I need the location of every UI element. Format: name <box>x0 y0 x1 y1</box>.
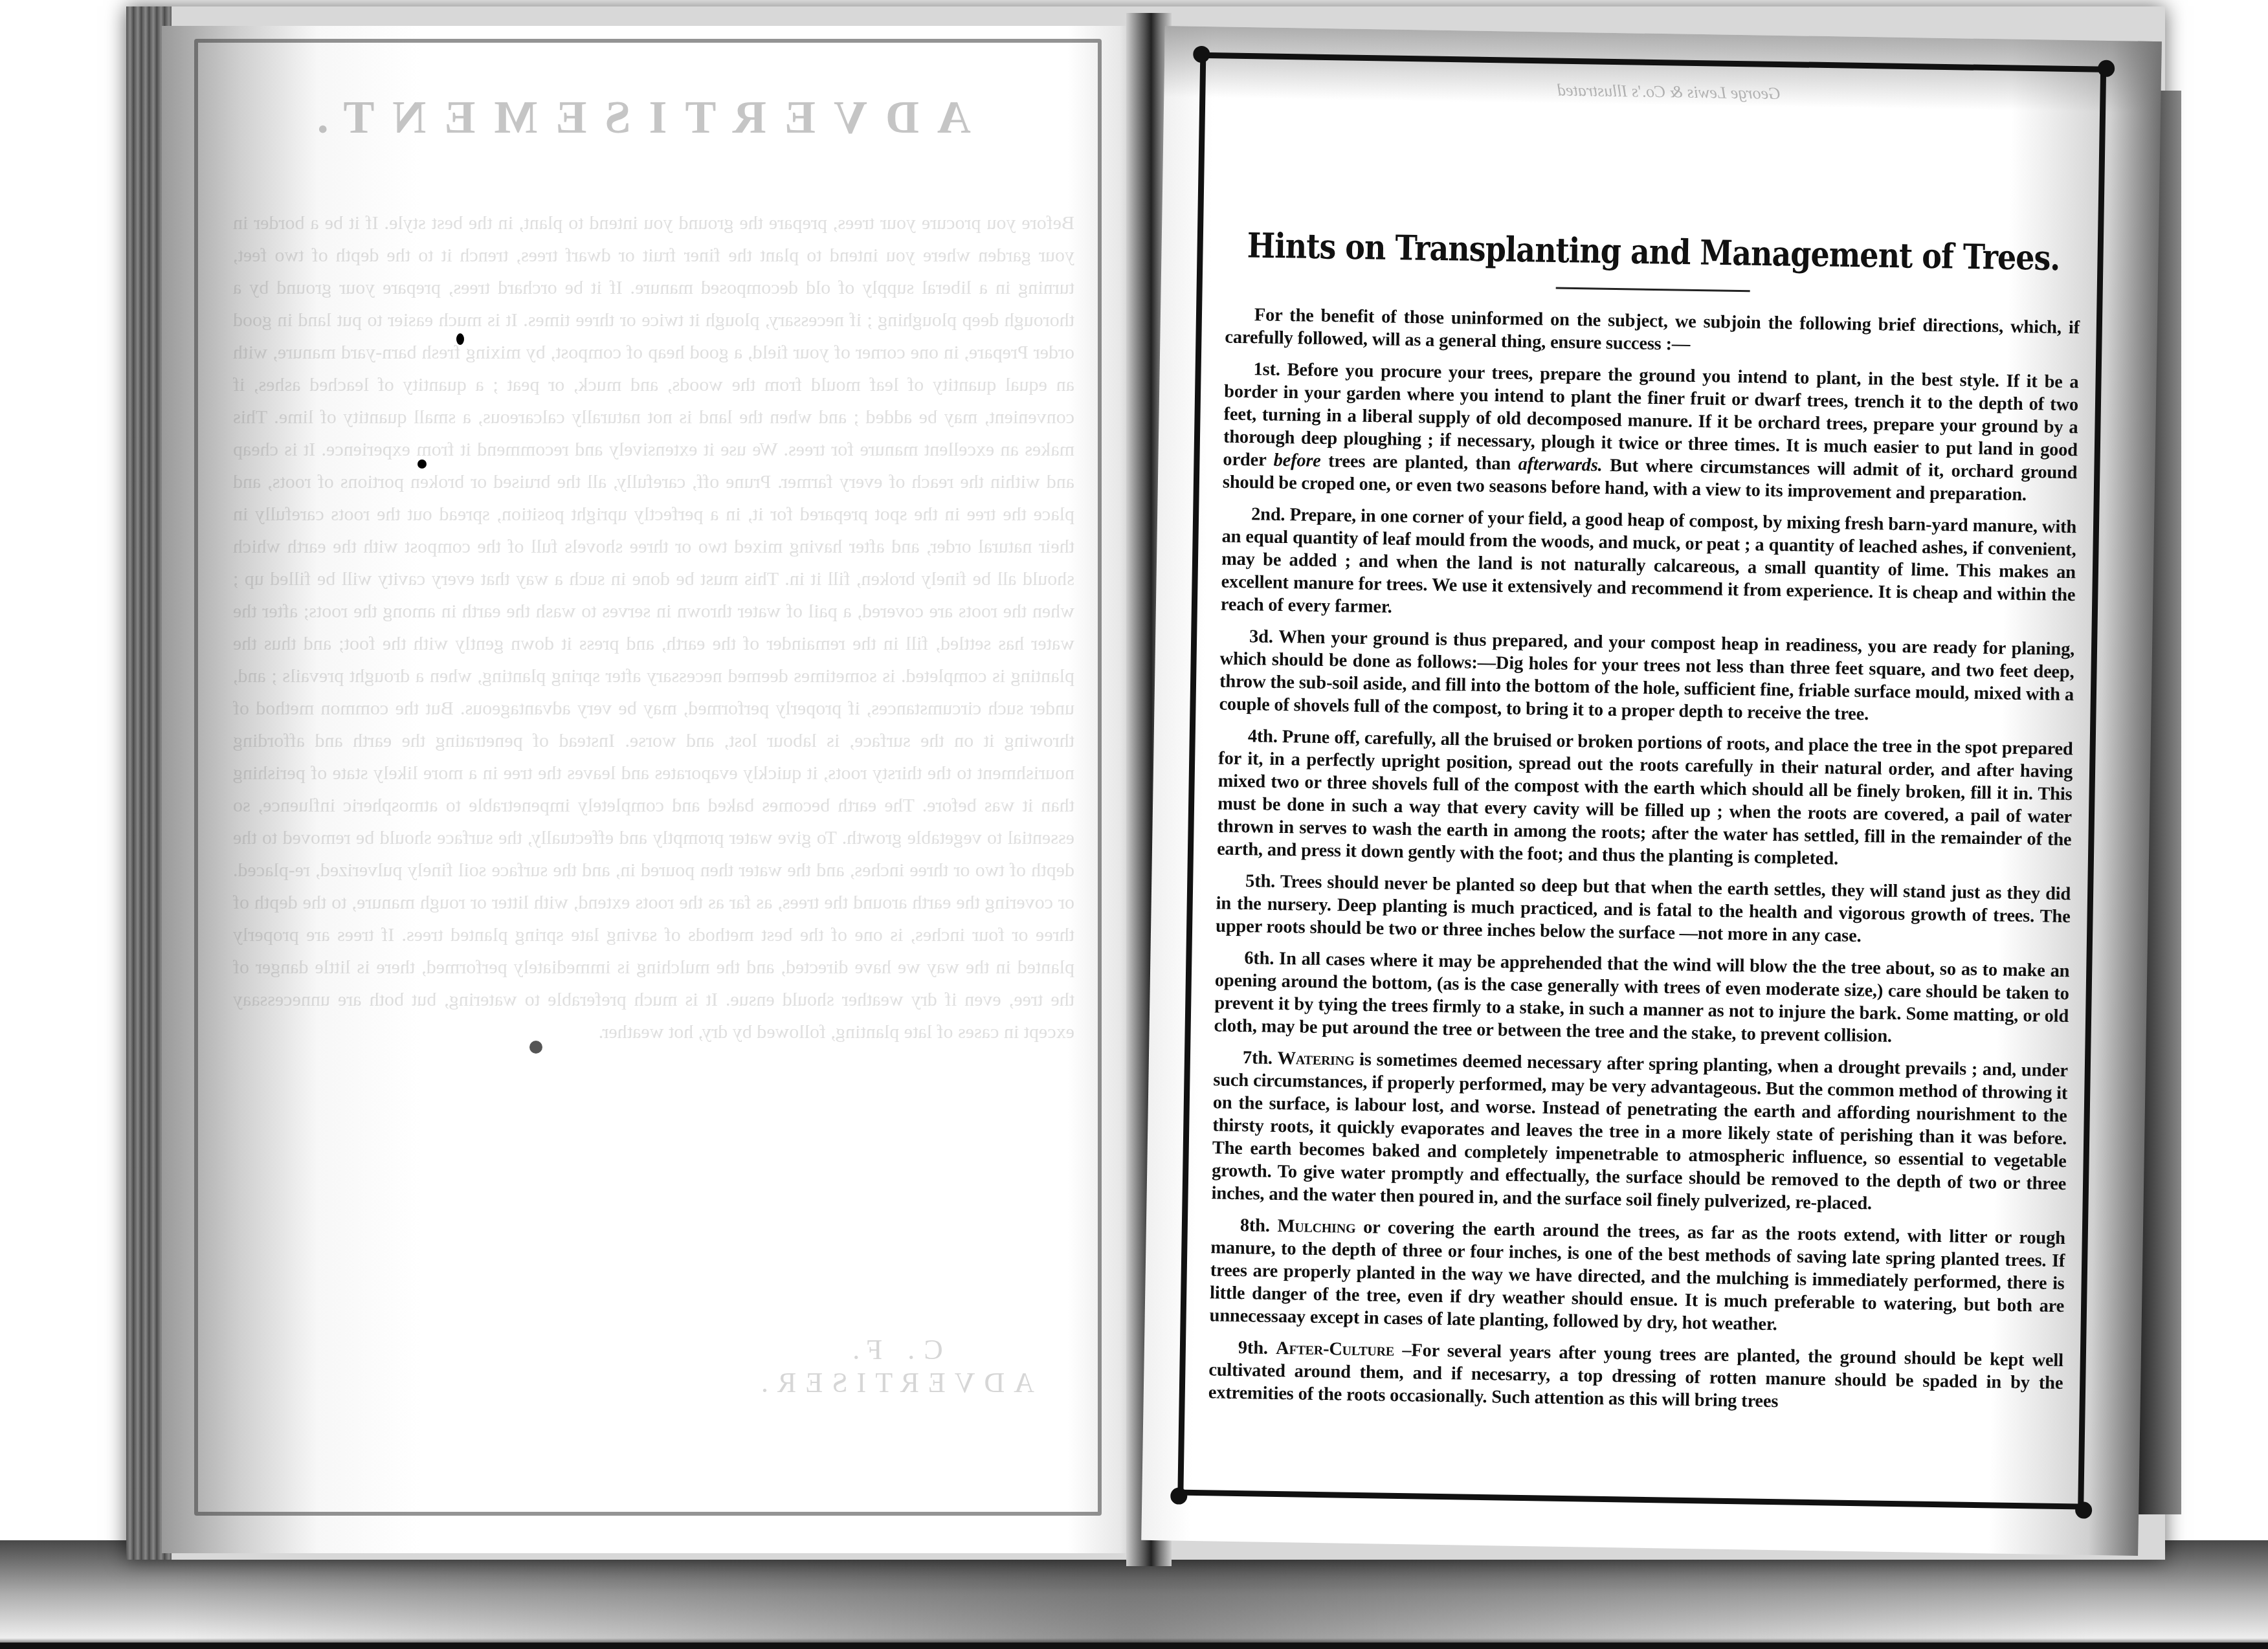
intro-paragraph: For the benefit of those uninformed on t… <box>1225 304 2080 362</box>
scanner-edge <box>0 1643 2268 1649</box>
section-keyword: After-Culture <box>1276 1338 1394 1360</box>
paragraph-4th: 4th. Prune off, carefully, all the bruis… <box>1217 724 2073 874</box>
frame-corner-ornament <box>2075 1501 2092 1518</box>
emphasis: before <box>1273 450 1321 471</box>
paragraph-text: Trees should never be planted so deep bu… <box>1216 872 2071 946</box>
paragraph-text: When your ground is thus prepared, and y… <box>1219 627 2074 724</box>
paragraph-6th: 6th. In all cases where it may be appreh… <box>1214 946 2069 1050</box>
paragraph-number: 1st. <box>1253 359 1280 380</box>
article-title: Hints on Transplanting and Management of… <box>1226 225 2081 278</box>
paragraph-number: 5th. <box>1245 871 1275 892</box>
ink-speck <box>529 1041 542 1054</box>
paragraph-text: is sometimes deemed necessary after spri… <box>1211 1050 2068 1213</box>
emphasis: afterwards. <box>1518 454 1603 476</box>
right-page: George Lewis & Co.'s Illustrated Hints o… <box>1141 26 2162 1556</box>
paragraph-number: 2nd. <box>1251 504 1285 525</box>
paragraph-7th-watering: 7th. Watering is sometimes deemed necess… <box>1211 1046 2068 1218</box>
article: Hints on Transplanting and Management of… <box>1208 131 2082 1426</box>
ink-speck <box>417 459 427 469</box>
paragraph-5th: 5th. Trees should never be planted so de… <box>1216 869 2071 951</box>
paragraph-number: 6th. <box>1244 948 1274 969</box>
paragraph-text: Prune off, carefully, all the bruised or… <box>1217 727 2073 869</box>
title-divider <box>1556 287 1750 293</box>
paragraph-2nd: 2nd. Prepare, in one corner of your fiel… <box>1221 502 2077 629</box>
paragraph-3d: 3d. When your ground is thus prepared, a… <box>1219 625 2074 729</box>
paragraph-number: 3d. <box>1249 626 1273 647</box>
left-page-bleed-footer: C. F. ADVERTISER. <box>699 1333 1087 1399</box>
paragraph-8th-mulching: 8th. Mulching or covering the earth arou… <box>1209 1213 2065 1340</box>
left-page-bleed-body: Before you procure your trees, prepare t… <box>233 207 1074 1437</box>
section-keyword: Mulching <box>1277 1216 1355 1237</box>
paragraph-number: 8th. <box>1240 1215 1270 1236</box>
paragraph-number: 7th. <box>1243 1048 1273 1068</box>
paragraph-1st: 1st. Before you procure your trees, prep… <box>1223 358 2079 507</box>
paragraph-text: In all cases where it may be apprehended… <box>1214 949 2070 1046</box>
paragraph-text: trees are planted, than <box>1328 451 1511 474</box>
left-page-bleed-heading: ADVERTISEMENT. <box>388 91 971 144</box>
paragraph-9th-after-culture: 9th. After-Culture –For several years af… <box>1208 1336 2063 1417</box>
paragraph-text: Prepare, in one corner of your field, a … <box>1221 505 2077 617</box>
paragraph-number: 9th. <box>1238 1338 1268 1358</box>
section-keyword: Watering <box>1277 1048 1354 1070</box>
paragraph-number: 4th. <box>1248 726 1278 747</box>
ink-speck <box>456 333 464 345</box>
frame-corner-ornament <box>1170 1487 1187 1504</box>
